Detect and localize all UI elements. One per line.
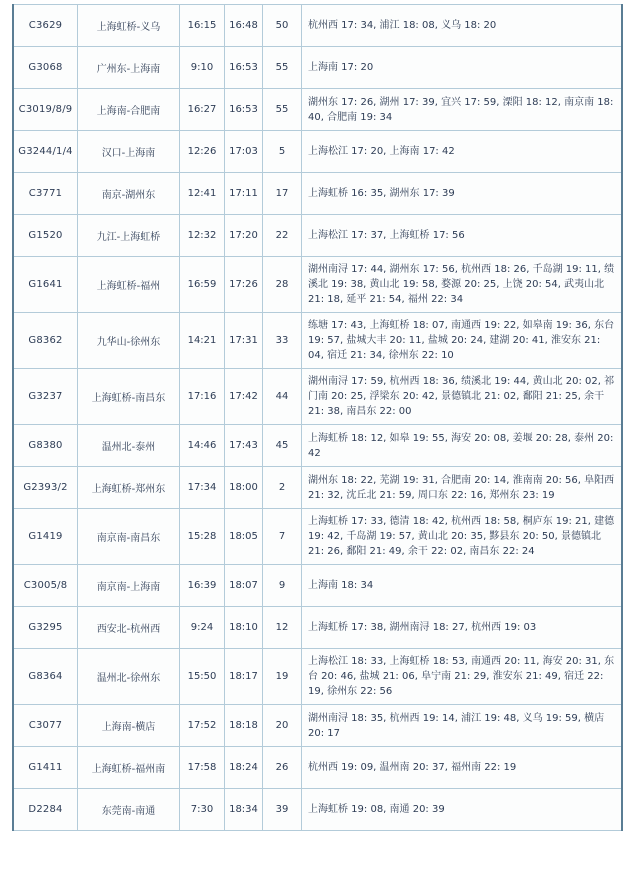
- train-no-cell: G1411: [13, 747, 78, 789]
- time2-cell: 17:03: [225, 131, 263, 173]
- num-cell: 19: [263, 649, 302, 705]
- train-no-cell: C3629: [13, 5, 78, 47]
- num-cell: 7: [263, 509, 302, 565]
- stops-cell: 湖州东 17: 26, 湖州 17: 39, 宜兴 17: 59, 溧阳 18:…: [302, 89, 623, 131]
- table-row: G3237 上海虹桥-南昌东 17:16 17:42 44 湖州南浔 17: 5…: [13, 369, 622, 425]
- stops-cell: 上海虹桥 17: 38, 湖州南浔 18: 27, 杭州西 19: 03: [302, 607, 623, 649]
- time2-cell: 16:53: [225, 47, 263, 89]
- time1-cell: 15:50: [180, 649, 225, 705]
- train-no-cell: D2284: [13, 789, 78, 831]
- table-row: G3295 西安北-杭州西 9:24 18:10 12 上海虹桥 17: 38,…: [13, 607, 622, 649]
- train-no-cell: G2393/2: [13, 467, 78, 509]
- route-cell: 西安北-杭州西: [78, 607, 180, 649]
- table-row: G8364 温州北-徐州东 15:50 18:17 19 上海松江 18: 33…: [13, 649, 622, 705]
- time2-cell: 17:42: [225, 369, 263, 425]
- time2-cell: 17:26: [225, 257, 263, 313]
- time1-cell: 7:30: [180, 789, 225, 831]
- train-no-cell: G8364: [13, 649, 78, 705]
- num-cell: 26: [263, 747, 302, 789]
- table-row: G8380 温州北-泰州 14:46 17:43 45 上海虹桥 18: 12,…: [13, 425, 622, 467]
- table-row: C3019/8/9 上海南-合肥南 16:27 16:53 55 湖州东 17:…: [13, 89, 622, 131]
- route-cell: 上海虹桥-南昌东: [78, 369, 180, 425]
- num-cell: 17: [263, 173, 302, 215]
- train-no-cell: C3005/8: [13, 565, 78, 607]
- num-cell: 12: [263, 607, 302, 649]
- num-cell: 9: [263, 565, 302, 607]
- num-cell: 45: [263, 425, 302, 467]
- stops-cell: 杭州西 17: 34, 浦江 18: 08, 义乌 18: 20: [302, 5, 623, 47]
- table-row: G2393/2 上海虹桥-郑州东 17:34 18:00 2 湖州东 18: 2…: [13, 467, 622, 509]
- time2-cell: 17:31: [225, 313, 263, 369]
- time2-cell: 18:24: [225, 747, 263, 789]
- route-cell: 广州东-上海南: [78, 47, 180, 89]
- time2-cell: 18:18: [225, 705, 263, 747]
- num-cell: 55: [263, 89, 302, 131]
- num-cell: 22: [263, 215, 302, 257]
- route-cell: 上海南-横店: [78, 705, 180, 747]
- route-cell: 南京南-上海南: [78, 565, 180, 607]
- route-cell: 温州北-徐州东: [78, 649, 180, 705]
- num-cell: 5: [263, 131, 302, 173]
- time1-cell: 17:16: [180, 369, 225, 425]
- time1-cell: 14:21: [180, 313, 225, 369]
- num-cell: 20: [263, 705, 302, 747]
- stops-cell: 湖州南浔 17: 59, 杭州西 18: 36, 绩溪北 19: 44, 黄山北…: [302, 369, 623, 425]
- time2-cell: 17:20: [225, 215, 263, 257]
- route-cell: 南京南-南昌东: [78, 509, 180, 565]
- num-cell: 50: [263, 5, 302, 47]
- train-no-cell: G3295: [13, 607, 78, 649]
- stops-cell: 上海虹桥 17: 33, 德清 18: 42, 杭州西 18: 58, 桐庐东 …: [302, 509, 623, 565]
- table-row: G1520 九江-上海虹桥 12:32 17:20 22 上海松江 17: 37…: [13, 215, 622, 257]
- table-row: G8362 九华山-徐州东 14:21 17:31 33 练塘 17: 43, …: [13, 313, 622, 369]
- stops-cell: 上海南 17: 20: [302, 47, 623, 89]
- route-cell: 上海虹桥-郑州东: [78, 467, 180, 509]
- time1-cell: 17:58: [180, 747, 225, 789]
- route-cell: 汉口-上海南: [78, 131, 180, 173]
- timetable-container: C3629 上海虹桥-义乌 16:15 16:48 50 杭州西 17: 34,…: [12, 4, 623, 831]
- time1-cell: 14:46: [180, 425, 225, 467]
- time1-cell: 17:52: [180, 705, 225, 747]
- table-row: C3629 上海虹桥-义乌 16:15 16:48 50 杭州西 17: 34,…: [13, 5, 622, 47]
- table-row: G1641 上海虹桥-福州 16:59 17:26 28 湖州南浔 17: 44…: [13, 257, 622, 313]
- time2-cell: 18:00: [225, 467, 263, 509]
- table-row: G1419 南京南-南昌东 15:28 18:05 7 上海虹桥 17: 33,…: [13, 509, 622, 565]
- route-cell: 上海虹桥-义乌: [78, 5, 180, 47]
- route-cell: 东莞南-南通: [78, 789, 180, 831]
- route-cell: 南京-湖州东: [78, 173, 180, 215]
- time1-cell: 12:26: [180, 131, 225, 173]
- table-row: C3771 南京-湖州东 12:41 17:11 17 上海虹桥 16: 35,…: [13, 173, 622, 215]
- stops-cell: 湖州南浔 17: 44, 湖州东 17: 56, 杭州西 18: 26, 千岛湖…: [302, 257, 623, 313]
- time1-cell: 12:32: [180, 215, 225, 257]
- time2-cell: 16:48: [225, 5, 263, 47]
- stops-cell: 湖州南浔 18: 35, 杭州西 19: 14, 浦江 19: 48, 义乌 1…: [302, 705, 623, 747]
- train-no-cell: C3771: [13, 173, 78, 215]
- time2-cell: 16:53: [225, 89, 263, 131]
- stops-cell: 上海虹桥 16: 35, 湖州东 17: 39: [302, 173, 623, 215]
- train-no-cell: G8380: [13, 425, 78, 467]
- num-cell: 2: [263, 467, 302, 509]
- train-no-cell: C3077: [13, 705, 78, 747]
- time1-cell: 12:41: [180, 173, 225, 215]
- route-cell: 上海虹桥-福州南: [78, 747, 180, 789]
- train-no-cell: G1641: [13, 257, 78, 313]
- route-cell: 上海虹桥-福州: [78, 257, 180, 313]
- train-no-cell: C3019/8/9: [13, 89, 78, 131]
- num-cell: 33: [263, 313, 302, 369]
- stops-cell: 练塘 17: 43, 上海虹桥 18: 07, 南通西 19: 22, 如皋南 …: [302, 313, 623, 369]
- train-timetable: C3629 上海虹桥-义乌 16:15 16:48 50 杭州西 17: 34,…: [12, 4, 623, 831]
- train-no-cell: G8362: [13, 313, 78, 369]
- train-no-cell: G3244/1/4: [13, 131, 78, 173]
- page: C3629 上海虹桥-义乌 16:15 16:48 50 杭州西 17: 34,…: [0, 0, 640, 879]
- route-cell: 九江-上海虹桥: [78, 215, 180, 257]
- time2-cell: 18:05: [225, 509, 263, 565]
- route-cell: 上海南-合肥南: [78, 89, 180, 131]
- time1-cell: 16:15: [180, 5, 225, 47]
- route-cell: 九华山-徐州东: [78, 313, 180, 369]
- stops-cell: 上海南 18: 34: [302, 565, 623, 607]
- train-no-cell: G1520: [13, 215, 78, 257]
- num-cell: 39: [263, 789, 302, 831]
- time1-cell: 17:34: [180, 467, 225, 509]
- stops-cell: 上海松江 18: 33, 上海虹桥 18: 53, 南通西 20: 11, 海安…: [302, 649, 623, 705]
- train-no-cell: G3237: [13, 369, 78, 425]
- time2-cell: 18:34: [225, 789, 263, 831]
- table-row: G3244/1/4 汉口-上海南 12:26 17:03 5 上海松江 17: …: [13, 131, 622, 173]
- num-cell: 28: [263, 257, 302, 313]
- train-no-cell: G1419: [13, 509, 78, 565]
- time1-cell: 9:24: [180, 607, 225, 649]
- time1-cell: 16:27: [180, 89, 225, 131]
- table-row: D2284 东莞南-南通 7:30 18:34 39 上海虹桥 19: 08, …: [13, 789, 622, 831]
- time2-cell: 18:17: [225, 649, 263, 705]
- time1-cell: 15:28: [180, 509, 225, 565]
- time1-cell: 16:39: [180, 565, 225, 607]
- num-cell: 55: [263, 47, 302, 89]
- num-cell: 44: [263, 369, 302, 425]
- route-cell: 温州北-泰州: [78, 425, 180, 467]
- time2-cell: 17:43: [225, 425, 263, 467]
- time2-cell: 18:10: [225, 607, 263, 649]
- train-no-cell: G3068: [13, 47, 78, 89]
- table-row: G3068 广州东-上海南 9:10 16:53 55 上海南 17: 20: [13, 47, 622, 89]
- time1-cell: 9:10: [180, 47, 225, 89]
- time2-cell: 17:11: [225, 173, 263, 215]
- time2-cell: 18:07: [225, 565, 263, 607]
- table-row: C3077 上海南-横店 17:52 18:18 20 湖州南浔 18: 35,…: [13, 705, 622, 747]
- stops-cell: 上海虹桥 18: 12, 如皋 19: 55, 海安 20: 08, 姜堰 20…: [302, 425, 623, 467]
- stops-cell: 上海虹桥 19: 08, 南通 20: 39: [302, 789, 623, 831]
- stops-cell: 杭州西 19: 09, 温州南 20: 37, 福州南 22: 19: [302, 747, 623, 789]
- stops-cell: 上海松江 17: 20, 上海南 17: 42: [302, 131, 623, 173]
- stops-cell: 上海松江 17: 37, 上海虹桥 17: 56: [302, 215, 623, 257]
- stops-cell: 湖州东 18: 22, 芜湖 19: 31, 合肥南 20: 14, 淮南南 2…: [302, 467, 623, 509]
- table-row: C3005/8 南京南-上海南 16:39 18:07 9 上海南 18: 34: [13, 565, 622, 607]
- timetable-body: C3629 上海虹桥-义乌 16:15 16:48 50 杭州西 17: 34,…: [13, 5, 622, 831]
- table-row: G1411 上海虹桥-福州南 17:58 18:24 26 杭州西 19: 09…: [13, 747, 622, 789]
- time1-cell: 16:59: [180, 257, 225, 313]
